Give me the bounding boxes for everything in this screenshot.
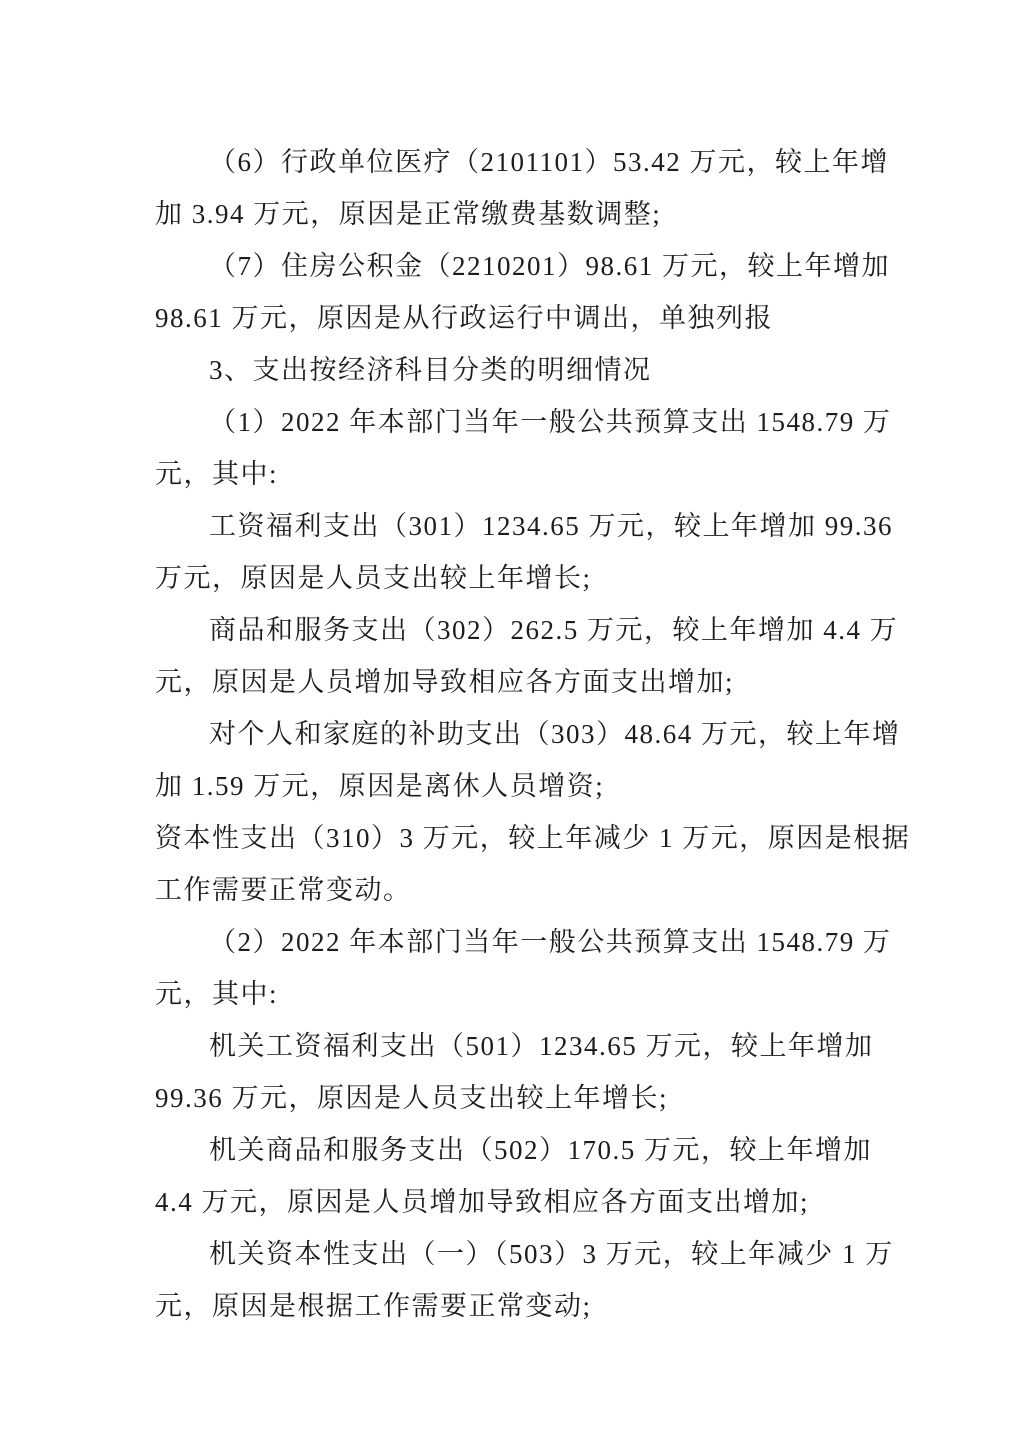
document-line: 99.36 万元，原因是人员支出较上年增长;	[155, 1072, 885, 1124]
document-line: 万元，原因是人员支出较上年增长;	[155, 552, 885, 604]
document-line: 加 1.59 万元，原因是离休人员增资;	[155, 760, 885, 812]
document-line: 元，其中:	[155, 968, 885, 1020]
document-line: 工作需要正常变动。	[155, 864, 885, 916]
document-line: 元，原因是人员增加导致相应各方面支出增加;	[155, 656, 885, 708]
document-line: 机关商品和服务支出（502）170.5 万元，较上年增加	[155, 1124, 885, 1176]
document-line: 机关工资福利支出（501）1234.65 万元，较上年增加	[155, 1020, 885, 1072]
document-line: （7）住房公积金（2210201）98.61 万元，较上年增加	[155, 240, 885, 292]
document-line: 对个人和家庭的补助支出（303）48.64 万元，较上年增	[155, 708, 885, 760]
document-line: 资本性支出（310）3 万元，较上年减少 1 万元，原因是根据	[155, 812, 885, 864]
document-text-block: （6）行政单位医疗（2101101）53.42 万元，较上年增 加 3.94 万…	[155, 136, 885, 1332]
document-line: 4.4 万元，原因是人员增加导致相应各方面支出增加;	[155, 1176, 885, 1228]
document-line: 加 3.94 万元，原因是正常缴费基数调整;	[155, 188, 885, 240]
document-line: 元，原因是根据工作需要正常变动;	[155, 1280, 885, 1332]
document-line: （2）2022 年本部门当年一般公共预算支出 1548.79 万	[155, 916, 885, 968]
document-line: （6）行政单位医疗（2101101）53.42 万元，较上年增	[155, 136, 885, 188]
document-line: （1）2022 年本部门当年一般公共预算支出 1548.79 万	[155, 396, 885, 448]
document-line: 98.61 万元，原因是从行政运行中调出，单独列报	[155, 292, 885, 344]
document-page: （6）行政单位医疗（2101101）53.42 万元，较上年增 加 3.94 万…	[0, 0, 1024, 1448]
document-line: 商品和服务支出（302）262.5 万元，较上年增加 4.4 万	[155, 604, 885, 656]
document-line: 元，其中:	[155, 448, 885, 500]
document-line: 机关资本性支出（一）（503）3 万元，较上年减少 1 万	[155, 1228, 885, 1280]
document-line: 工资福利支出（301）1234.65 万元，较上年增加 99.36	[155, 500, 885, 552]
document-section-heading: 3、支出按经济科目分类的明细情况	[155, 344, 885, 396]
